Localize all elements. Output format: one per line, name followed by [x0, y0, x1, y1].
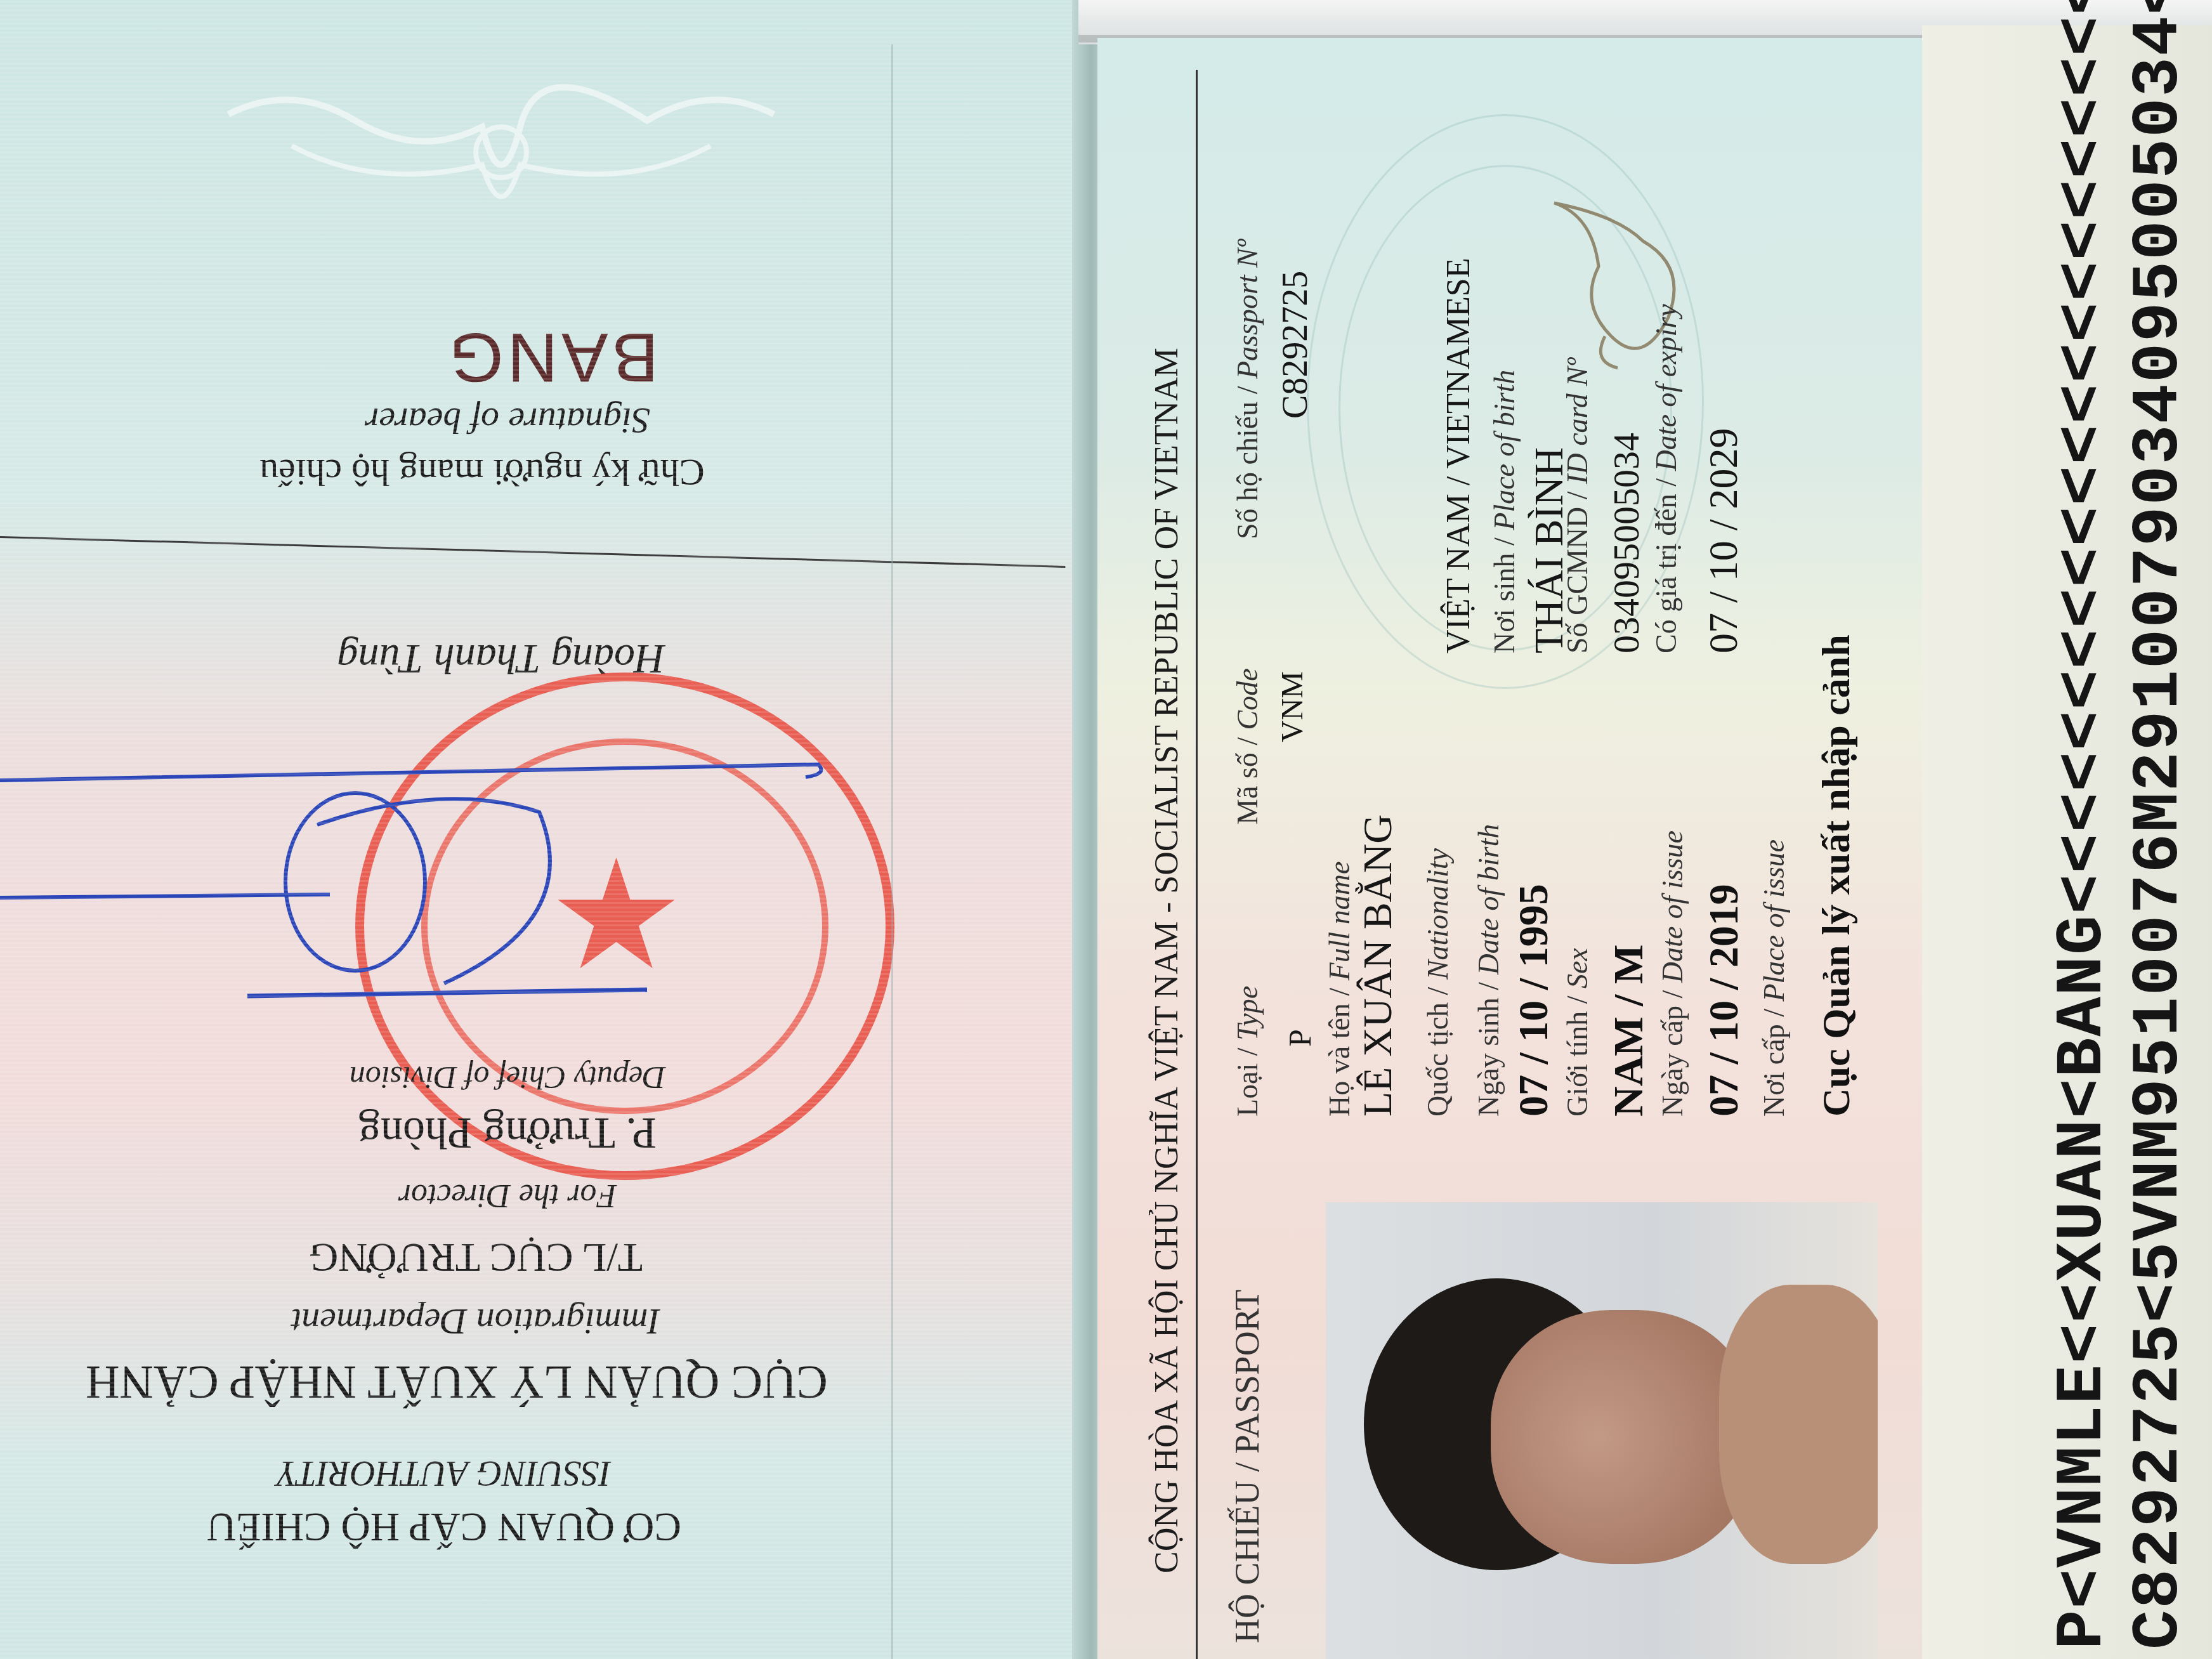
- passport-no-value: C8292725: [1275, 271, 1316, 419]
- authority-en: ISSUING AUTHORITY: [159, 1453, 730, 1493]
- sex-label: Giới tính / Sex: [1561, 948, 1594, 1117]
- photo-face: [1491, 1310, 1757, 1564]
- code-value: VNM: [1275, 671, 1310, 742]
- type-value: P: [1281, 1029, 1318, 1047]
- country-header: CỘNG HÒA XÃ HỘI CHỦ NGHĨA VIỆT NAM - SOC…: [1148, 348, 1186, 1573]
- department-vn: CỤC QUẢN LÝ XUẤT NHẬP CẢNH: [13, 1354, 901, 1408]
- authority-vn: CƠ QUAN CẤP HỘ CHIẾU: [159, 1504, 730, 1551]
- signature-label-en: Signature of bearer: [254, 400, 761, 442]
- full-name-label: Họ và tên / Full name: [1323, 862, 1356, 1117]
- for-director-en: For the Director: [254, 1177, 761, 1214]
- place-of-birth-label: Nơi sinh / Place of birth: [1488, 370, 1521, 653]
- place-of-issue-value: Cục Quản lý xuất nhập cảnh: [1814, 634, 1859, 1117]
- official-signature: [0, 730, 837, 1021]
- expiry-value: 07 / 10 / 2029: [1700, 428, 1747, 653]
- dob-label: Ngày sinh / Date of birth: [1472, 824, 1505, 1117]
- place-of-issue-label: Nơi cấp / Place of issue: [1757, 839, 1791, 1117]
- ornament-icon: [216, 76, 787, 241]
- sex-value: NAM / M: [1605, 945, 1653, 1117]
- observations-page: BANG Signature of bearer Chữ ký người ma…: [0, 0, 1097, 1659]
- official-name: Hoàng Thanh Tùng: [216, 634, 787, 683]
- signature-label-vn: Chữ ký người mang hộ chiếu: [165, 450, 799, 494]
- document-title: HỘ CHIẾU / PASSPORT: [1227, 1290, 1267, 1643]
- id-card-value: 034095005034: [1605, 433, 1647, 653]
- nationality-value: VIỆT NAM / VIETNAMESE: [1440, 258, 1477, 654]
- header-rule: [1196, 70, 1198, 1659]
- official-title-vn: P. Trưởng Phòng: [254, 1107, 761, 1158]
- code-label: Mã số / Code: [1231, 668, 1264, 825]
- nationality-label: Quốc tịch / Nationality: [1421, 848, 1455, 1117]
- passport-no-label: Số hộ chiếu / Passport Nº: [1231, 239, 1264, 539]
- department-en: Immigration Department: [159, 1301, 793, 1343]
- signature-divider: [0, 536, 1065, 568]
- full-name-value: LÊ XUÂN BẰNG: [1354, 815, 1401, 1117]
- mrz-line-2: C8292725<5VNM9510076M2910079034095005034…: [2122, 0, 2197, 1649]
- holder-photo: [1326, 1202, 1878, 1659]
- page-fold: [891, 44, 893, 1659]
- dob-value: 07 / 10 / 1995: [1510, 884, 1558, 1117]
- for-director-vn: T/L CỤC TRƯỞNG: [190, 1234, 761, 1281]
- bearer-signature: BANG: [330, 317, 774, 398]
- date-of-issue-label: Ngày cấp / Date of issue: [1656, 830, 1689, 1117]
- photo-neck: [1719, 1285, 1878, 1564]
- id-card-label: Số GCMND / ID card Nº: [1561, 358, 1594, 653]
- expiry-label: Có giá trị đến / Date of expiry: [1649, 304, 1683, 653]
- official-title-en: Deputy Chief of Division: [254, 1059, 761, 1096]
- date-of-issue-value: 07 / 10 / 2019: [1700, 884, 1748, 1117]
- mrz-line-1: P<VNMLE<<XUAN<BANG<<<<<<<<<<<<<<<<<<<<<<…: [2046, 0, 2121, 1649]
- type-label: Loại / Type: [1231, 986, 1264, 1117]
